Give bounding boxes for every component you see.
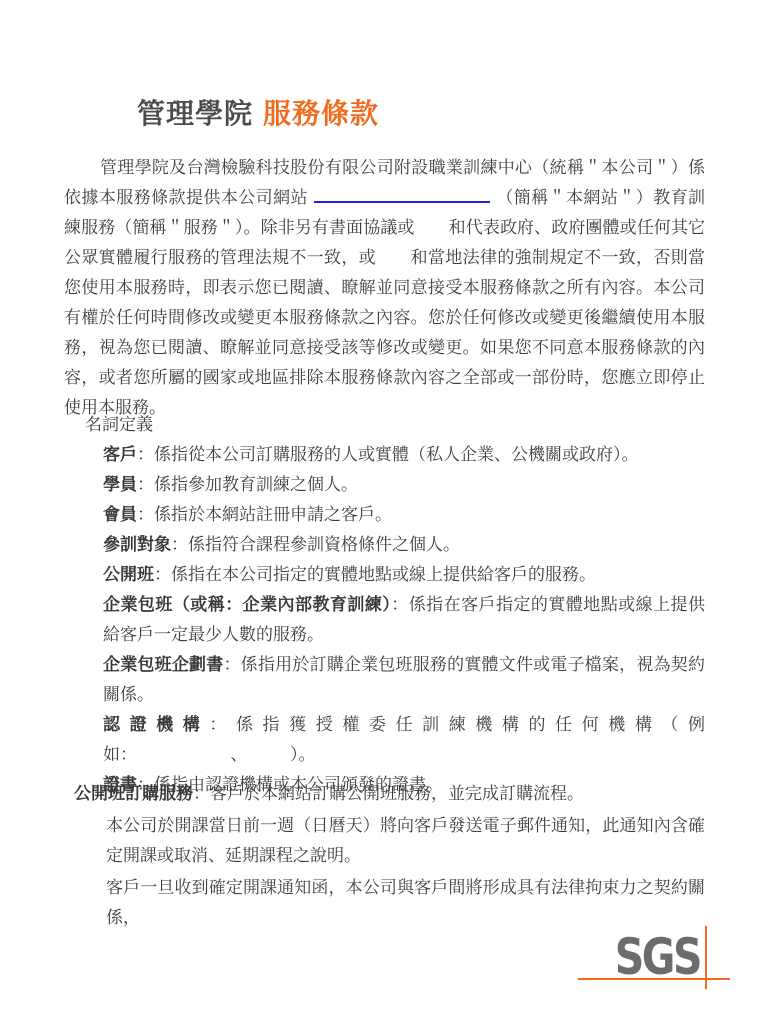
definition-desc: ：係指在本公司指定的實體地點或線上提供給客戶的服務。	[154, 565, 596, 584]
definition-term: 參訓對象	[103, 535, 171, 554]
ordering-heading-term: 公開班訂購服務	[74, 784, 193, 803]
ordering-heading-desc: ：客戶於本網站訂購公開班服務，並完成訂購流程。	[193, 784, 584, 803]
definition-desc: ：係指符合課程參訓資格條件之個人。	[171, 535, 460, 554]
public-class-ordering-section: 公開班訂購服務：客戶於本網站訂購公開班服務，並完成訂購流程。 本公司於開課當日前…	[64, 779, 705, 933]
definition-term: 學員	[103, 475, 137, 494]
sgs-logo-text: SGS	[615, 935, 700, 979]
definition-item-member: 會員：係指於本網站註冊申請之客戶。	[103, 500, 705, 530]
definition-term: 企業包班企劃書	[103, 655, 223, 674]
definition-desc: ：係指參加教育訓練之個人。	[137, 475, 358, 494]
website-blank-underline	[314, 198, 490, 203]
definition-item-participant: 參訓對象：係指符合課程參訓資格條件之個人。	[103, 530, 705, 560]
sgs-logo-vertical-line	[705, 926, 707, 989]
sgs-logo-horizontal-line	[578, 978, 730, 980]
sgs-logo: SGS	[578, 923, 730, 991]
definition-item-in-house-class: 企業包班（或稱：企業內部教育訓練）：係指在客戶指定的實體地點或線上提供給客戶一定…	[103, 590, 705, 650]
ordering-heading: 公開班訂購服務：客戶於本網站訂購公開班服務，並完成訂購流程。	[74, 779, 705, 809]
intro-paragraph: 管理學院及台灣檢驗科技股份有限公司附設職業訓練中心（統稱＂本公司＂）係依據本服務…	[64, 153, 705, 423]
definition-term: 客戶	[103, 445, 137, 464]
definition-term: 公開班	[103, 565, 154, 584]
definition-item-public-class: 公開班：係指在本公司指定的實體地點或線上提供給客戶的服務。	[103, 560, 705, 590]
definition-desc: ：係指從本公司訂購服務的人或實體（私人企業、公機關或政府）。	[137, 445, 639, 464]
definition-term: 會員	[103, 505, 137, 524]
definition-item-in-house-proposal: 企業包班企劃書：係指用於訂購企業包班服務的實體文件或電子檔案，視為契約關係。	[103, 650, 705, 710]
definition-item-certification-body: 認證機構：係指獲授權委任訓練機構的任何機構（例如： 、 ）。	[103, 710, 705, 770]
ordering-paragraph-notice: 本公司於開課當日前一週（日曆天）將向客戶發送電子郵件通知，此通知內含確定開課或取…	[106, 811, 705, 871]
definition-term: 企業包班（或稱：企業內部教育訓練）	[103, 595, 391, 614]
definitions-section: 名詞定義 客戶：係指從本公司訂購服務的人或實體（私人企業、公機關或政府）。 學員…	[64, 410, 705, 800]
page-title-subject: 服務條款	[263, 98, 379, 129]
definition-desc: ：係指於本網站註冊申請之客戶。	[137, 505, 392, 524]
definition-term: 認證機構	[103, 715, 209, 734]
terms-of-service-page: 管理學院服務條款 管理學院及台灣檢驗科技股份有限公司附設職業訓練中心（統稱＂本公…	[0, 0, 768, 1024]
definition-item-trainee: 學員：係指參加教育訓練之個人。	[103, 470, 705, 500]
definition-item-customer: 客戶：係指從本公司訂購服務的人或實體（私人企業、公機關或政府）。	[103, 440, 705, 470]
page-title: 管理學院服務條款	[137, 92, 379, 132]
definitions-heading: 名詞定義	[85, 410, 705, 440]
intro-text-after-blank: （簡稱＂本網站＂）教育訓練服務（簡稱＂服務＂）。除非另有書面協議或 和代表政府、…	[64, 188, 705, 417]
page-title-brand: 管理學院	[137, 98, 253, 129]
